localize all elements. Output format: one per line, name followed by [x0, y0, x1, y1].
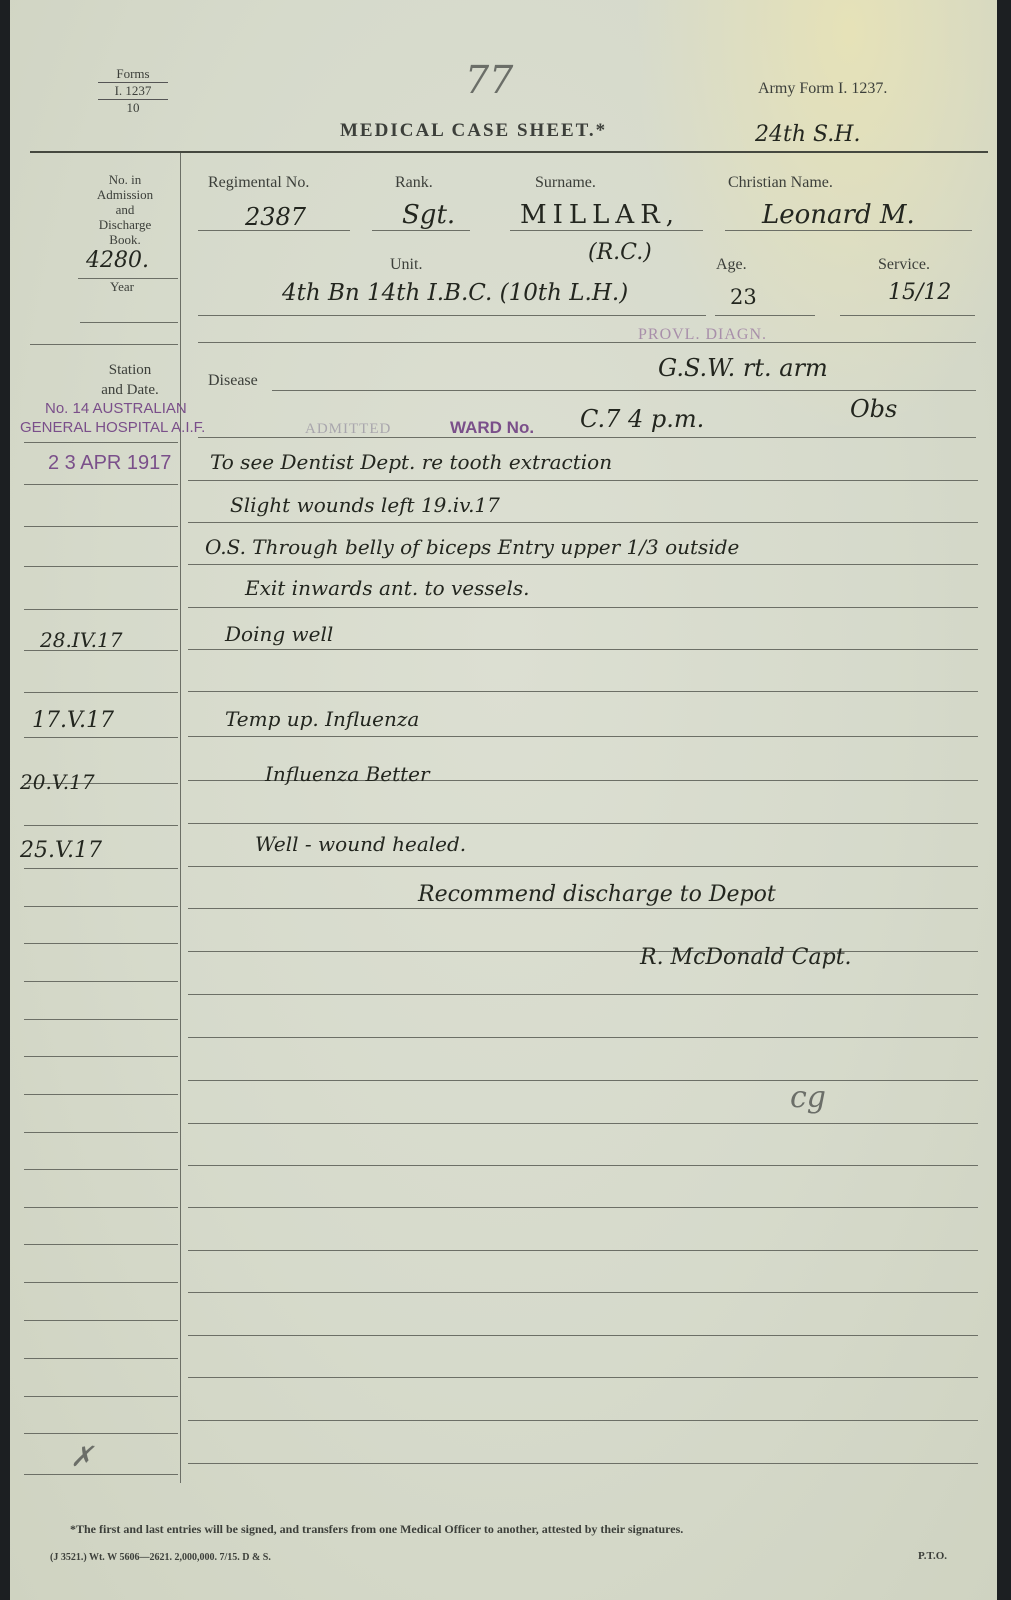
rule [24, 526, 178, 527]
admitted-stamp: ADMITTED [305, 421, 391, 438]
rule [188, 1165, 978, 1166]
rule [24, 484, 178, 485]
note-8: Well - wound healed. [255, 832, 466, 856]
rule [30, 344, 178, 345]
rule [24, 609, 178, 610]
surname-label: Surname. [535, 174, 596, 192]
rule [372, 230, 470, 231]
rule [188, 994, 978, 995]
rule [24, 1396, 178, 1397]
rank-label: Rank. [395, 174, 433, 192]
hospital-stamp-line1: No. 14 AUSTRALIAN [45, 400, 187, 417]
rule [188, 1207, 978, 1208]
rule [24, 1358, 178, 1359]
entry-date-4: 25.V.17 [20, 838, 102, 863]
service-label: Service. [878, 256, 930, 274]
unit-value: 4th Bn 14th I.B.C. (10th L.H.) [282, 280, 628, 306]
rule [24, 1019, 178, 1020]
age-value: 23 [730, 285, 757, 309]
disease-field-rule [272, 390, 976, 391]
rule [188, 1420, 978, 1421]
hospital-stamp-line2: GENERAL HOSPITAL A.I.F. [20, 419, 205, 436]
rule [188, 649, 978, 650]
rule [24, 1132, 178, 1133]
rule [24, 566, 178, 567]
rule [188, 1463, 978, 1464]
medical-case-sheet: Forms I. 1237 10 77 Army Form I. 1237. M… [10, 0, 997, 1600]
note-5: Doing well [225, 622, 333, 646]
rule [188, 691, 978, 692]
please-turn-over: P.T.O. [918, 1550, 947, 1562]
rule [188, 823, 978, 824]
rule [188, 480, 978, 481]
rule [188, 1377, 978, 1378]
rule [188, 1123, 978, 1124]
rule [24, 1282, 178, 1283]
rule [24, 943, 178, 944]
note-7: Influenza Better [265, 762, 430, 786]
rule [24, 981, 178, 982]
pencil-initials: cg [790, 1080, 826, 1115]
print-code: (J 3521.) Wt. W 5606—2621. 2,000,000. 7/… [50, 1552, 271, 1563]
note-6: Temp up. Influenza [225, 707, 419, 731]
disease-label: Disease [208, 372, 258, 390]
note-1: To see Dentist Dept. re tooth extraction [210, 450, 612, 474]
note-9: Recommend discharge to Depot [418, 882, 776, 907]
rule [24, 868, 178, 869]
rule [188, 522, 978, 523]
rule [198, 230, 350, 231]
rule [188, 1037, 978, 1038]
ward-value: C.7 4 p.m. [580, 405, 704, 433]
rule [725, 230, 972, 231]
station-label: Station and Date. [90, 360, 170, 400]
rule [715, 315, 815, 316]
service-value: 15/12 [888, 280, 951, 305]
entry-date-2: 17.V.17 [32, 708, 114, 733]
forms-ref-line3: 10 [98, 100, 168, 116]
rule [24, 1433, 178, 1434]
folio-number: 77 [465, 58, 513, 102]
rule [80, 322, 178, 323]
officer-initials: Obs [850, 395, 897, 423]
ward-label: WARD No. [450, 418, 534, 438]
sheet-annotation: 24th S.H. [755, 122, 860, 147]
note-3: O.S. Through belly of biceps Entry upper… [205, 535, 739, 559]
rule [188, 866, 978, 867]
entry-date-3: 20.V.17 [20, 770, 95, 794]
rule [24, 1169, 178, 1170]
rule [24, 825, 178, 826]
rule [24, 737, 178, 738]
rule [24, 1207, 178, 1208]
forms-ref: Forms I. 1237 10 [98, 66, 168, 116]
provisional-diagnosis-value: G.S.W. rt. arm [658, 354, 828, 382]
column-divider [180, 153, 181, 1483]
rule [510, 230, 703, 231]
officer-signature: R. McDonald Capt. [640, 945, 852, 970]
christian-name-label: Christian Name. [728, 174, 833, 192]
rule [840, 315, 975, 316]
header-rule [30, 151, 988, 153]
age-label: Age. [716, 256, 747, 274]
surname-value: MILLAR, [520, 200, 680, 230]
admission-number: 4280. [86, 248, 149, 273]
rule [198, 342, 976, 343]
rule [188, 564, 978, 565]
note-2: Slight wounds left 19.iv.17 [230, 493, 500, 517]
admission-date-stamp: 2 3 APR 1917 [48, 452, 171, 475]
note-4: Exit inwards ant. to vessels. [245, 576, 529, 600]
rule [24, 442, 178, 443]
christian-name-value: Leonard M. [762, 200, 915, 230]
rule [24, 906, 178, 907]
rule [188, 1080, 978, 1081]
page-title: MEDICAL CASE SHEET.* [340, 120, 607, 142]
rule [24, 1244, 178, 1245]
rank-value: Sgt. [402, 200, 455, 230]
rule [24, 1474, 178, 1475]
rule [198, 437, 976, 438]
regimental-no-value: 2387 [245, 203, 306, 231]
form-id: Army Form I. 1237. [758, 80, 887, 98]
regimental-no-label: Regimental No. [208, 174, 309, 192]
rule [188, 607, 978, 608]
forms-ref-line2: I. 1237 [98, 83, 168, 100]
rule [24, 1320, 178, 1321]
entry-date-1: 28.IV.17 [40, 628, 122, 652]
rule [188, 1292, 978, 1293]
rule [24, 1094, 178, 1095]
rule [188, 1250, 978, 1251]
rule [188, 1335, 978, 1336]
year-label: Year [110, 279, 134, 295]
rule [188, 736, 978, 737]
surname-note: (R.C.) [588, 240, 652, 265]
forms-ref-line1: Forms [98, 66, 168, 83]
rule [188, 908, 978, 909]
rule [198, 315, 706, 316]
unit-label: Unit. [390, 256, 422, 274]
admission-label: No. in Admission and Discharge Book. [80, 172, 170, 247]
rule [188, 951, 978, 952]
cross-mark-icon: ✗ [70, 1440, 93, 1473]
rule [24, 692, 178, 693]
rule [24, 1056, 178, 1057]
footnote: *The first and last entries will be sign… [70, 1522, 683, 1537]
